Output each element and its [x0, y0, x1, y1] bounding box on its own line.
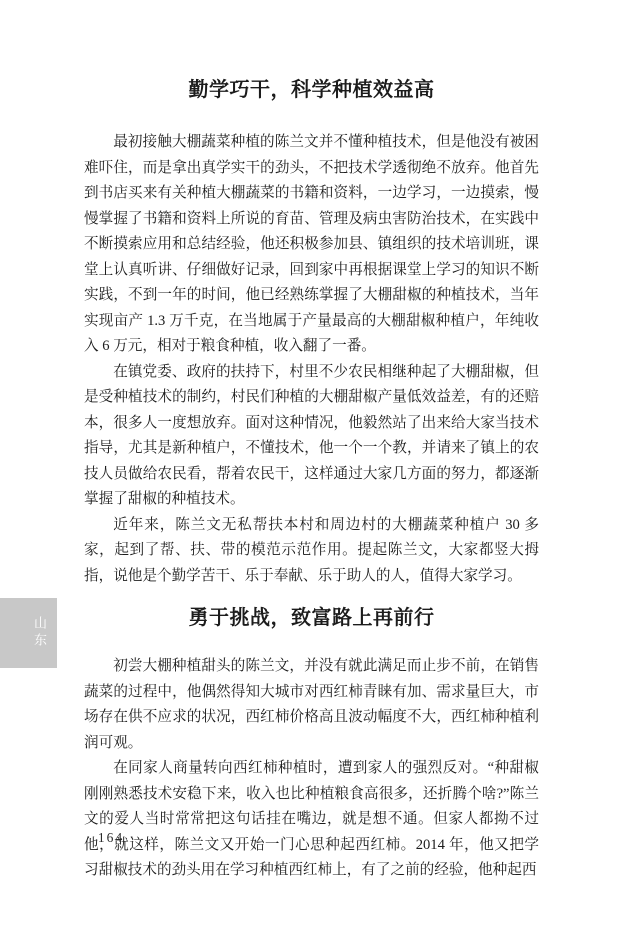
paragraph: 近年来，陈兰文无私帮扶本村和周边村的大棚蔬菜种植户 30 多家，起到了帮、扶、带…	[84, 513, 539, 590]
paragraph: 在同家人商量转向西红柿种植时，遭到家人的强烈反对。“种甜椒刚刚熟悉技术安稳下来，…	[84, 756, 539, 884]
paragraph: 初尝大棚种植甜头的陈兰文，并没有就此满足而止步不前，在销售蔬菜的过程中，他偶然得…	[84, 654, 539, 756]
page-number: · 164 ·	[86, 830, 136, 846]
paragraph: 在镇党委、政府的扶持下，村里不少农民相继种起了大棚甜椒，但是受种植技术的制约，村…	[84, 360, 539, 513]
province-edge-tab: 山东	[0, 598, 57, 668]
section-title-1: 勤学巧干，科学种植效益高	[84, 78, 539, 102]
book-page: 山东 勤学巧干，科学种植效益高 最初接触大棚蔬菜种植的陈兰文并不懂种植技术，但是…	[0, 0, 622, 925]
paragraph: 最初接触大棚蔬菜种植的陈兰文并不懂种植技术，但是他没有被困难吓住，而是拿出真学实…	[84, 130, 539, 360]
page-content: 勤学巧干，科学种植效益高 最初接触大棚蔬菜种植的陈兰文并不懂种植技术，但是他没有…	[84, 78, 539, 884]
section-title-2: 勇于挑战，致富路上再前行	[84, 606, 539, 630]
province-tab-label: 山东	[30, 616, 49, 650]
